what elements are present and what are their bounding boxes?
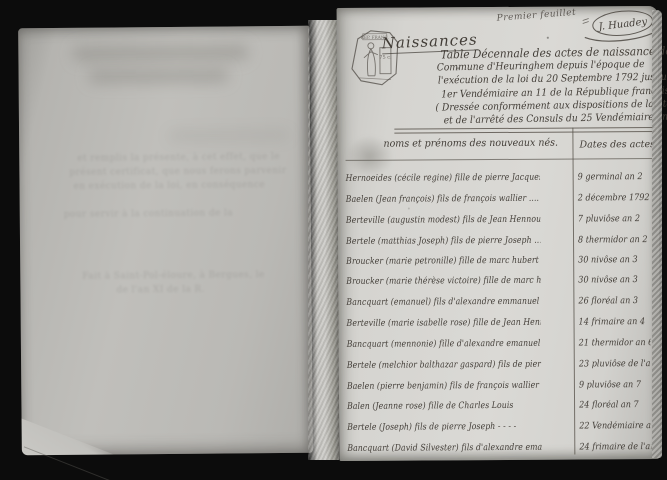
register-row-date: 7 pluviôse an 2 [578, 214, 650, 224]
register-row-date: 30 nivôse an 3 [578, 275, 650, 285]
title-underline [394, 127, 656, 130]
paper-speckle [547, 37, 549, 39]
paper-speckle [457, 67, 459, 69]
register-row-name: Bancquart (David Silvester) fils d'alexa… [347, 443, 541, 454]
book-gutter [308, 20, 339, 460]
title-underline [394, 131, 656, 134]
register-row-name: Berteville (augustin modest) fils de Jea… [346, 215, 540, 226]
signature-flourish-icon: J. Huadey [581, 8, 659, 44]
bleedthrough-text: présent certificat, que nous ferons parv… [69, 166, 286, 178]
bleedthrough-text: de l'an XI de la R. [116, 285, 205, 296]
register-row-date: 8 thermidor an 2 [578, 235, 650, 245]
register-row-name: Bancquart (emanuel) fils d'alexandre emm… [346, 297, 540, 308]
register-row-name: Bertele (melchior balthazar gaspard) fil… [347, 360, 541, 371]
register-row-name: Bancquart (mennonie) fille d'alexandre e… [347, 339, 541, 350]
register-row-date: 9 germinal an 2 [578, 172, 650, 182]
bleedthrough-text: et remplis la présente, à cet effet, que… [77, 152, 280, 164]
bleedthrough-ghost [89, 68, 229, 83]
register-row-name: Baelen (Jean françois) fils de françois … [346, 194, 540, 205]
register-row-name: Hernoeides (cécile regine) fille de pier… [346, 173, 540, 184]
paper-speckle [408, 208, 410, 210]
left-blank-page: et remplis la présente, à cet effet, que… [18, 26, 313, 456]
stamp-value-text: 75 c. [379, 55, 392, 61]
signature-text: J. Huadey [596, 17, 648, 34]
title-line: et de l'arrêté des Consuls du 25 Vendémi… [444, 111, 643, 127]
column-header-dates: Dates des actes [579, 139, 655, 150]
register-row-name: Broucker (marie petronille) fille de mar… [346, 256, 540, 267]
register-row-name: Baelen (pierre benjamin) fils de françoi… [347, 381, 541, 392]
register-row-date: 22 Vendémiaire an 8 [579, 421, 651, 431]
scanned-register-photo: { "colors":{ "background":"#0c0c0c", "pa… [0, 0, 667, 480]
register-row-name: Bertele (matthias Joseph) fils de pierre… [346, 236, 540, 247]
register-row-name: Balen (Jeanne rose) fille de Charles Lou… [347, 401, 541, 412]
register-row-date: 2 décembre 1792 [578, 193, 650, 203]
column-header-names: noms et prénoms des nouveaux nés. [383, 138, 558, 150]
register-row-date: 9 pluviôse an 7 [579, 380, 651, 390]
page-corner-fold [21, 408, 113, 455]
page-fore-edge [652, 10, 662, 458]
bleedthrough-text: Fait à Saint-Pol-éloure, à Bergues, le [82, 270, 264, 282]
bleedthrough-text: en exécution de la loi, en conséquence [73, 180, 265, 192]
register-row-name: Berteville (marie isabelle rose) fille d… [347, 318, 541, 329]
document-title: Table Décennale des actes de naissance d… [434, 45, 659, 128]
register-row-date: 24 floréal an 7 [579, 400, 651, 410]
register-row-name: Bertele (Joseph) fils de pierre Joseph -… [347, 422, 541, 433]
bleedthrough-ghost [169, 131, 289, 140]
register-row-date: 30 nivôse an 3 [578, 255, 650, 265]
table-column-divider [572, 128, 575, 455]
bleedthrough-text: pour servir à la continuation de la [64, 208, 233, 219]
register-row-date: 21 thermidor an 6 [579, 338, 651, 348]
sheet-number-note: Premier feuillet [496, 8, 576, 24]
bleedthrough-ghost [73, 44, 248, 62]
register-row-date: 23 pluviôse de l'an 5 [579, 359, 651, 369]
register-page: Premier feuillet J. Huadey REP. FRANC. 7… [337, 6, 661, 461]
registrar-signature: J. Huadey [581, 8, 659, 44]
register-row-date: 14 frimaire an 4 [579, 317, 651, 327]
register-row-date: 24 frimaire de l'an 9 [579, 442, 651, 452]
register-row-name: Broucker (marie thérèse victoire) fille … [346, 276, 540, 287]
register-row-date: 26 floréal an 3 [578, 296, 650, 306]
